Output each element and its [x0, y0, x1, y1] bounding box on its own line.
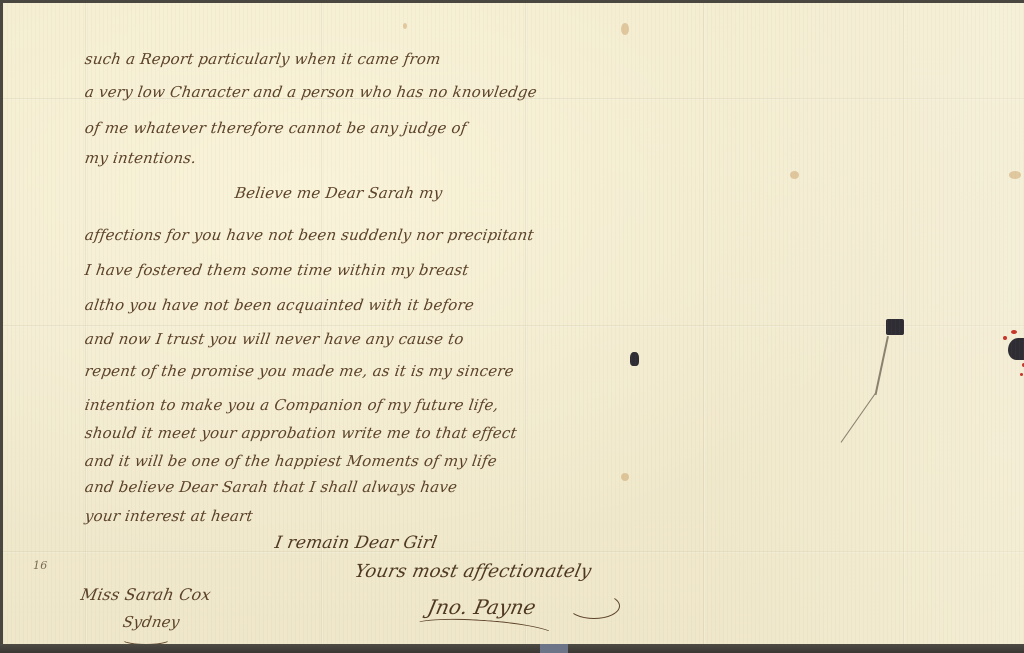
address-line: Miss Sarah Cox: [79, 585, 212, 604]
letter-line: my intentions.: [84, 148, 198, 168]
letter-line: of me whatever therefore cannot be any j…: [84, 118, 468, 138]
wax-remnant: [1011, 330, 1017, 334]
scanned-letter: such a Report particularly when it came …: [0, 0, 1024, 653]
letter-line: Believe me Dear Sarah my: [234, 183, 444, 203]
letter-line: should it meet your approbation write me…: [84, 423, 519, 443]
stain: [1009, 171, 1021, 179]
letter-line: a very low Character and a person who ha…: [84, 82, 539, 102]
letter-line: and it will be one of the happiest Momen…: [84, 451, 499, 471]
stain: [621, 473, 629, 481]
letter-line: I have fostered them some time within my…: [84, 260, 470, 280]
wax-remnant: [1003, 336, 1007, 340]
address-line: Sydney: [121, 613, 181, 631]
closing-line: I remain Dear Girl: [273, 533, 438, 553]
paper-hole: [630, 352, 639, 366]
letter-line: affections for you have not been suddenl…: [84, 225, 536, 245]
stain: [790, 171, 799, 179]
letter-line: your interest at heart: [84, 506, 255, 526]
closing-line: Yours most affectionately: [353, 561, 594, 582]
edge-tear: [1008, 338, 1024, 360]
letter-line: such a Report particularly when it came …: [84, 49, 442, 69]
signature-flourish: [412, 615, 555, 645]
stain: [403, 23, 407, 29]
letter-line: and now I trust you will never have any …: [84, 329, 465, 349]
stain: [621, 23, 629, 35]
letter-line: and believe Dear Sarah that I shall alwa…: [84, 477, 459, 497]
margin-note: 16: [33, 559, 47, 572]
letter-line: repent of the promise you made me, as it…: [84, 361, 516, 381]
scan-clip: [540, 644, 568, 653]
letter-sheet: such a Report particularly when it came …: [3, 3, 1024, 644]
letter-line: intention to make you a Companion of my …: [84, 395, 500, 415]
paper-hole: [886, 319, 904, 335]
letter-line: altho you have not been acquainted with …: [84, 295, 476, 315]
signature: Jno. Payne: [425, 595, 538, 619]
wax-remnant: [1020, 373, 1023, 376]
signature-flourish: [568, 593, 620, 619]
scan-background-bottom: [0, 644, 1024, 653]
paper-highlight: [704, 3, 1024, 644]
